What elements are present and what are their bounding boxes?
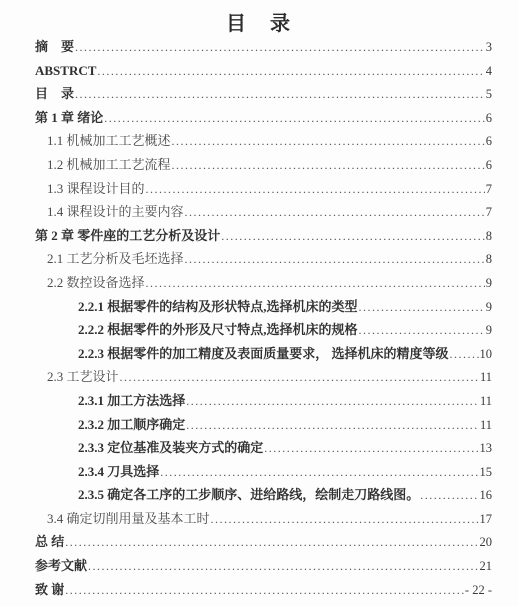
toc-entry: 2.3.3 定位基准及装夹方式的确定13 [35, 436, 492, 460]
toc-entry-label: 摘 要 [35, 35, 74, 59]
toc-entry-page: 7 [486, 178, 492, 202]
toc-entry: 1.2 机械加工工艺流程6 [35, 153, 492, 177]
toc-entry-page: 11 [480, 414, 492, 438]
toc-entry-page: 11 [480, 390, 492, 414]
dot-leader [185, 201, 485, 225]
toc-entry: 2.3 工艺设计11 [35, 365, 492, 389]
toc-entry-page: 9 [486, 319, 492, 343]
toc-entry-label: 第 1 章 绪论 [35, 106, 103, 130]
dot-leader [146, 272, 485, 296]
dot-leader [75, 83, 485, 107]
toc-entry: 2.3.4 刀具选择15 [35, 460, 492, 484]
toc-entry: 摘 要3 [35, 35, 492, 59]
dot-leader [359, 319, 485, 343]
toc-entry-label: 3.4 确定切削用量及基本工时 [47, 507, 210, 531]
toc-entry: 参考文献21 [35, 554, 492, 578]
toc-entry-label: 2.1 工艺分析及毛坯选择 [47, 247, 184, 271]
toc-entry-page: 8 [486, 225, 492, 249]
dot-leader [75, 36, 485, 60]
toc-entry-page: 15 [480, 461, 493, 485]
toc-entry-label: 2.2.3 根据零件的加工精度及表面质量要求， 选择机床的精度等级 [78, 342, 449, 366]
dot-leader [186, 414, 479, 438]
toc-entry-page: 5 [486, 83, 492, 107]
dot-leader [120, 366, 479, 390]
toc-entry-label: 1.1 机械加工工艺概述 [47, 129, 171, 153]
toc-entry-label: 2.3.2 加工顺序确定 [78, 413, 185, 437]
dot-leader [88, 555, 478, 579]
toc-entry: 总 结20 [35, 530, 492, 554]
toc-entry-label: 2.3.4 刀具选择 [78, 460, 159, 484]
toc-entry-label: 参考文献 [35, 554, 87, 578]
toc-entry: ABSTRCT4 [35, 59, 492, 83]
dot-leader [97, 60, 484, 84]
toc-entry-label: 2.2.2 根据零件的外形及尺寸特点,选择机床的规格 [78, 318, 358, 342]
toc-entry: 1.1 机械加工工艺概述6 [35, 129, 492, 153]
dot-leader [104, 107, 484, 131]
toc-entry-page: 6 [486, 154, 492, 178]
dot-leader [186, 390, 479, 414]
dot-leader [185, 248, 485, 272]
toc-entry-page: 9 [486, 296, 492, 320]
dot-leader [172, 154, 485, 178]
toc-entry-label: 2.2 数控设备选择 [47, 271, 145, 295]
dot-leader [221, 225, 484, 249]
dot-leader [146, 178, 485, 202]
toc-entry: 2.2.1 根据零件的结构及形状特点,选择机床的类型9 [35, 295, 492, 319]
toc-entry-page: 6 [486, 107, 492, 131]
dot-leader [65, 579, 464, 603]
toc-entry-page: 10 [480, 343, 493, 367]
toc-entry: 2.3.5 确定各工序的工步顺序、进给路线，绘制走刀路线图。16 [35, 483, 492, 507]
toc-entry: 2.3.2 加工顺序确定11 [35, 413, 492, 437]
toc-entry-page: 20 [480, 531, 493, 555]
toc-entry-page: 17 [480, 508, 493, 532]
toc-entry-page: - 22 - [465, 579, 492, 603]
toc-entry: 2.2 数控设备选择9 [35, 271, 492, 295]
toc-entry: 第 2 章 零件座的工艺分析及设计8 [35, 224, 492, 248]
toc-entry: 2.3.1 加工方法选择11 [35, 389, 492, 413]
toc-entry-label: 总 结 [35, 530, 64, 554]
toc-entry-page: 11 [480, 366, 492, 390]
toc-entry-label: 2.3.3 定位基准及装夹方式的确定 [78, 436, 263, 460]
toc-entry-label: 2.3.1 加工方法选择 [78, 389, 185, 413]
toc-entry-label: 目 录 [35, 82, 74, 106]
toc-entry-page: 3 [486, 36, 492, 60]
toc-entry-label: ABSTRCT [35, 59, 96, 83]
dot-leader [420, 484, 478, 508]
toc-entry: 第 1 章 绪论6 [35, 106, 492, 130]
toc-entry-label: 第 2 章 零件座的工艺分析及设计 [35, 224, 220, 248]
toc-entry-page: 9 [486, 272, 492, 296]
page-title: 目 录 [0, 7, 518, 36]
toc-entry: 目 录5 [35, 82, 492, 106]
toc-entry-label: 致 谢 [35, 578, 64, 602]
dot-leader [450, 343, 479, 367]
toc-page: 目 录 摘 要3ABSTRCT4目 录5第 1 章 绪论61.1 机械加工工艺概… [0, 0, 518, 606]
toc-entry: 致 谢- 22 - [35, 578, 492, 602]
toc-entry: 1.3 课程设计目的7 [35, 177, 492, 201]
toc-entry-label: 1.4 课程设计的主要内容 [47, 200, 184, 224]
toc-entry-page: 8 [486, 248, 492, 272]
dot-leader [65, 531, 478, 555]
toc-entry-label: 2.2.1 根据零件的结构及形状特点,选择机床的类型 [78, 295, 358, 319]
toc-entry-page: 21 [480, 555, 493, 579]
toc-entry-page: 13 [480, 437, 493, 461]
toc-entry-label: 2.3 工艺设计 [47, 365, 119, 389]
toc-entry: 3.4 确定切削用量及基本工时17 [35, 507, 492, 531]
toc-entry: 1.4 课程设计的主要内容7 [35, 200, 492, 224]
toc-entry-page: 4 [486, 60, 492, 84]
toc-entry-label: 1.2 机械加工工艺流程 [47, 153, 171, 177]
toc-entry-label: 2.3.5 确定各工序的工步顺序、进给路线，绘制走刀路线图。 [78, 483, 419, 507]
toc-entry-page: 7 [486, 201, 492, 225]
toc-entry: 2.2.3 根据零件的加工精度及表面质量要求， 选择机床的精度等级10 [35, 342, 492, 366]
toc-entry-page: 6 [486, 130, 492, 154]
dot-leader [211, 508, 479, 532]
toc-list: 摘 要3ABSTRCT4目 录5第 1 章 绪论61.1 机械加工工艺概述61.… [35, 35, 492, 601]
toc-entry: 2.2.2 根据零件的外形及尺寸特点,选择机床的规格9 [35, 318, 492, 342]
dot-leader [359, 296, 485, 320]
toc-entry: 2.1 工艺分析及毛坯选择8 [35, 247, 492, 271]
dot-leader [172, 130, 485, 154]
dot-leader [264, 437, 478, 461]
toc-entry-page: 16 [480, 484, 493, 508]
toc-entry-label: 1.3 课程设计目的 [47, 177, 145, 201]
dot-leader [160, 461, 478, 485]
